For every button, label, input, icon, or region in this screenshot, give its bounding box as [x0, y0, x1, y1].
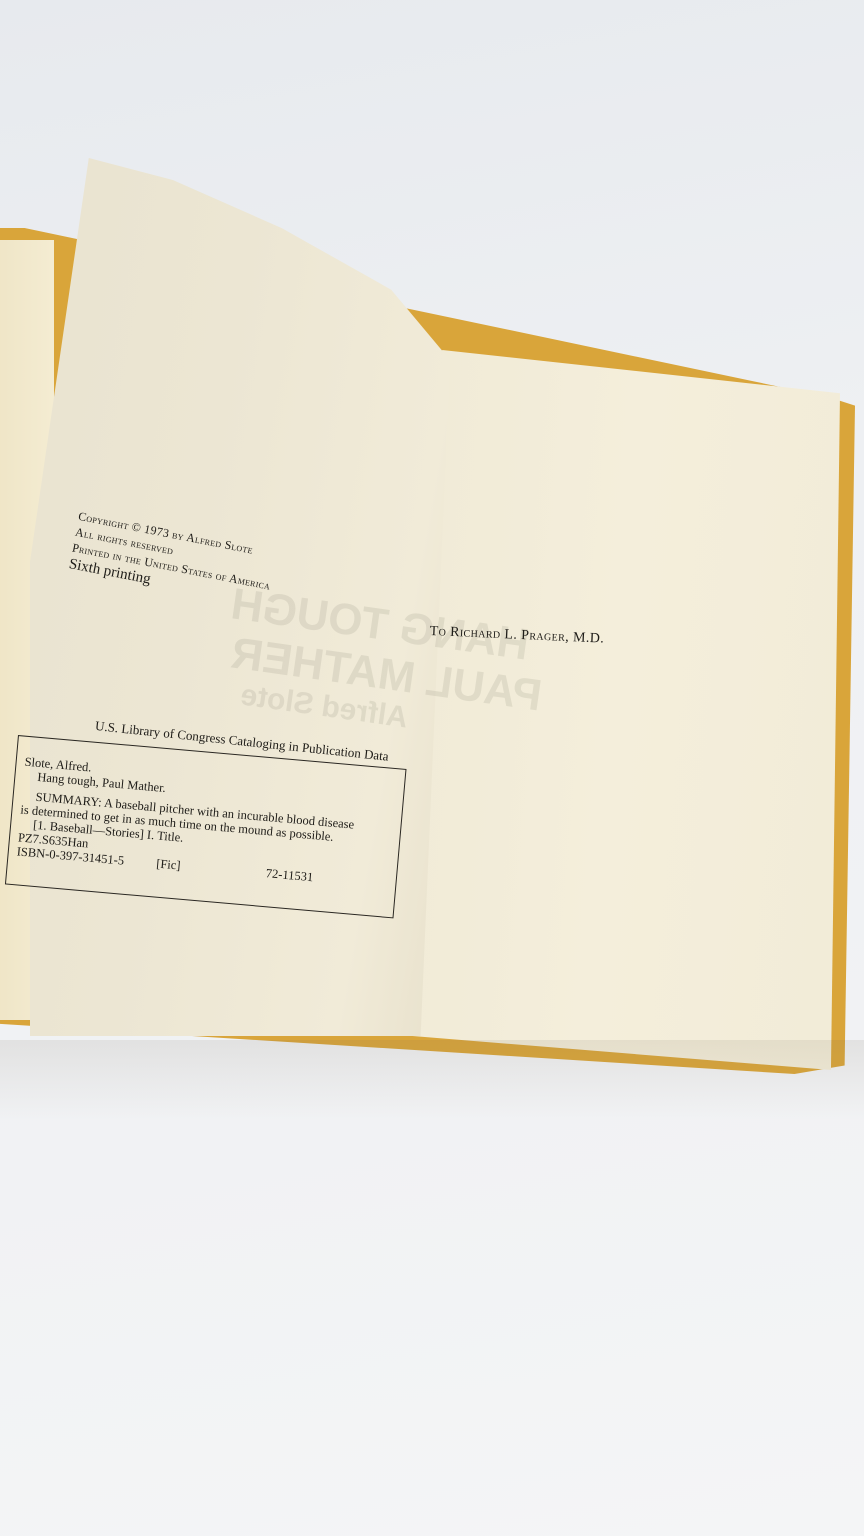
- book-shadow: [0, 1040, 864, 1120]
- cip-lccn: 72-11531: [265, 866, 313, 884]
